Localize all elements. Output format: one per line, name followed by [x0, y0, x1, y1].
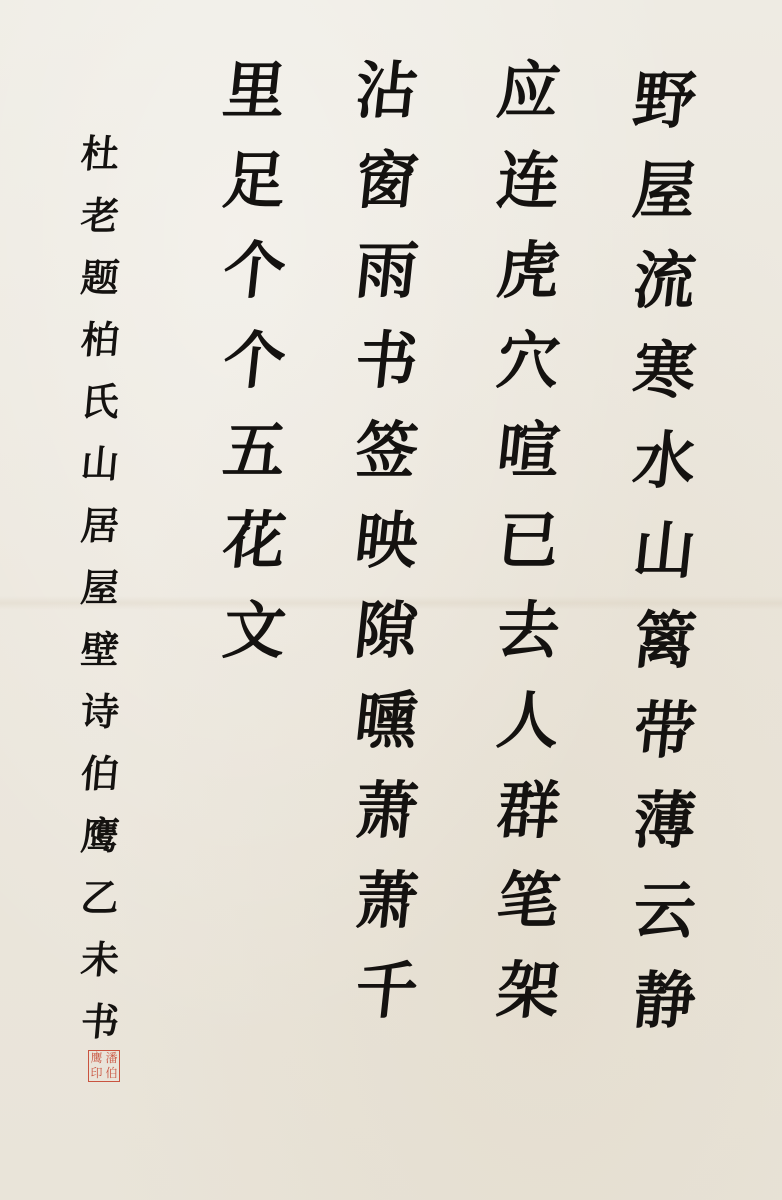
seal-character: 鹰	[89, 1051, 104, 1066]
calligraphy-character: 书	[349, 330, 420, 420]
calligraphy-character: 五	[217, 420, 288, 510]
calligraphy-character: 云	[627, 880, 698, 970]
inscription-character: 鹰	[77, 817, 120, 879]
calligraphy-character: 薄	[627, 790, 698, 880]
calligraphy-character: 人	[491, 690, 562, 780]
inscription-character: 居	[77, 507, 120, 569]
red-seal-stamp: 鹰潘印伯	[88, 1050, 120, 1082]
calligraphy-character: 个	[217, 330, 288, 420]
calligraphy-character: 山	[627, 520, 698, 610]
calligraphy-character: 水	[627, 430, 698, 520]
inscription-character: 伯	[77, 755, 120, 817]
calligraphy-character: 喧	[491, 420, 562, 510]
calligraphy-character: 个	[217, 240, 288, 330]
calligraphy-character: 野	[627, 70, 698, 160]
calligraphy-character: 篱	[627, 610, 698, 700]
calligraphy-character: 虎	[491, 240, 562, 330]
calligraphy-character: 文	[217, 600, 288, 690]
calligraphy-character: 映	[349, 510, 420, 600]
calligraphy-character: 静	[627, 970, 698, 1060]
inscription-character: 未	[77, 941, 120, 1003]
calligraphy-character: 去	[491, 600, 562, 690]
inscription-character: 杜	[77, 135, 120, 197]
inscription-character: 题	[77, 259, 120, 321]
calligraphy-character: 足	[217, 150, 288, 240]
calligraphy-character: 群	[491, 780, 562, 870]
calligraphy-character: 连	[491, 150, 562, 240]
inscription-character: 诗	[77, 693, 120, 755]
seal-character: 伯	[104, 1066, 119, 1081]
inscription-character: 山	[77, 445, 120, 507]
calligraphy-character: 寒	[627, 340, 698, 430]
calligraphy-character: 沾	[349, 60, 420, 150]
poem-column-1: 野屋流寒水山篱带薄云静	[632, 70, 694, 1060]
calligraphy-character: 萧	[349, 780, 420, 870]
calligraphy-character: 已	[491, 510, 562, 600]
inscription-character: 乙	[77, 879, 120, 941]
calligraphy-character: 里	[217, 60, 288, 150]
poem-column-3: 沾窗雨书签映隙曛萧萧千	[354, 60, 416, 1050]
calligraphy-character: 笔	[491, 870, 562, 960]
calligraphy-character: 架	[491, 960, 562, 1050]
calligraphy-character: 应	[491, 60, 562, 150]
calligraphy-character: 花	[217, 510, 288, 600]
calligraphy-character: 流	[627, 250, 698, 340]
inscription-character: 氏	[77, 383, 120, 445]
seal-character: 潘	[104, 1051, 119, 1066]
poem-column-4: 里足个个五花文	[222, 60, 284, 690]
inscription-character: 壁	[77, 631, 120, 693]
signature-inscription: 杜老题柏氏山居屋壁诗伯鹰乙未书	[80, 135, 118, 1065]
calligraphy-character: 窗	[349, 150, 420, 240]
inscription-character: 柏	[77, 321, 120, 383]
calligraphy-character: 千	[349, 960, 420, 1050]
calligraphy-character: 带	[627, 700, 698, 790]
inscription-character: 老	[77, 197, 120, 259]
calligraphy-character: 签	[349, 420, 420, 510]
calligraphy-character: 隙	[349, 600, 420, 690]
calligraphy-character: 曛	[349, 690, 420, 780]
calligraphy-character: 穴	[491, 330, 562, 420]
seal-character: 印	[89, 1066, 104, 1081]
inscription-character: 屋	[77, 569, 120, 631]
calligraphy-character: 萧	[349, 870, 420, 960]
poem-column-2: 应连虎穴喧已去人群笔架	[496, 60, 558, 1050]
calligraphy-character: 屋	[627, 160, 698, 250]
calligraphy-character: 雨	[349, 240, 420, 330]
